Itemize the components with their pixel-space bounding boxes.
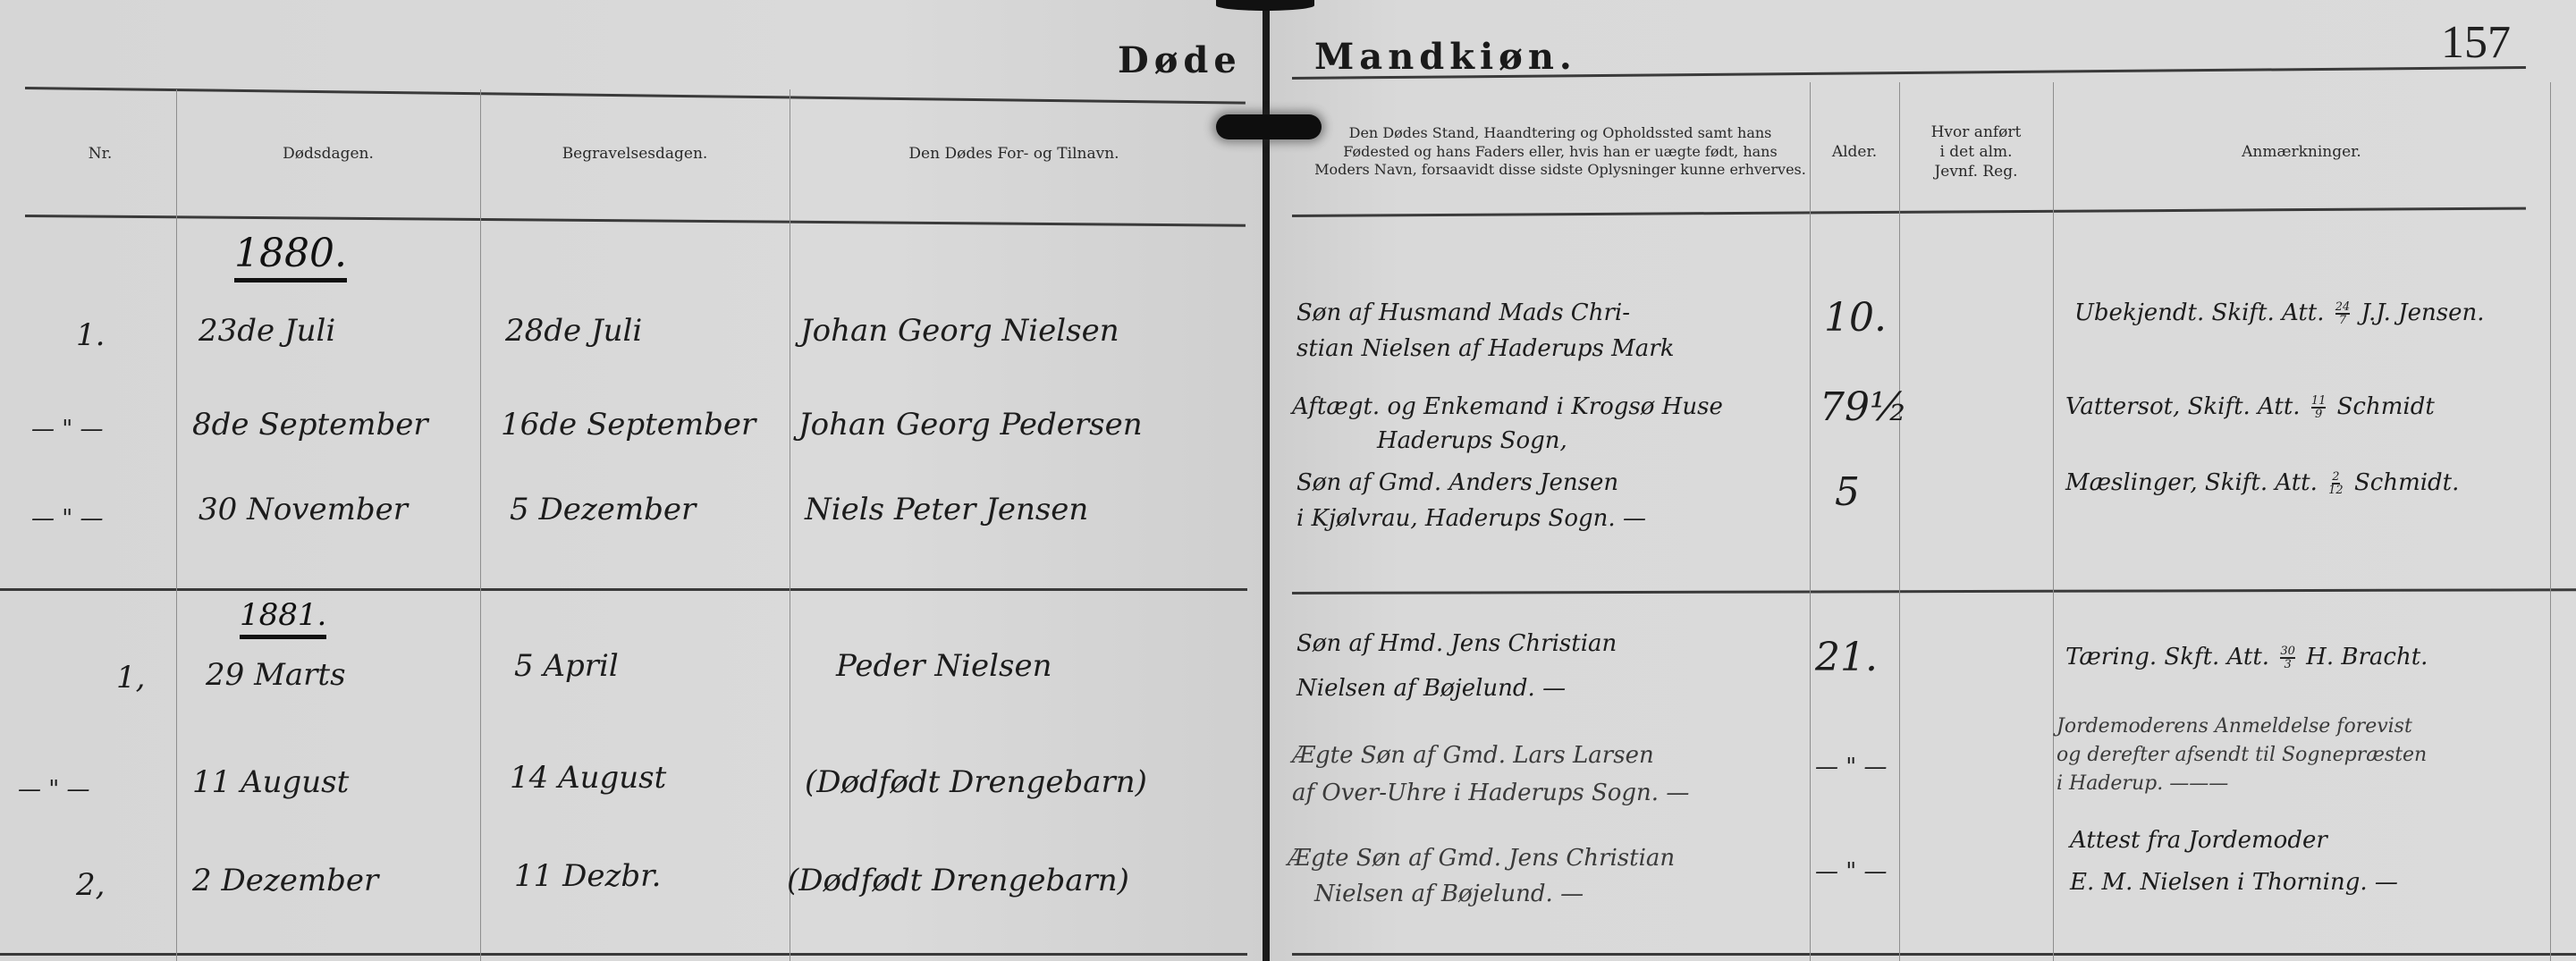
header-burial-date: Begravelsesdagen. — [481, 98, 789, 210]
remarks-signature: Schmidt. — [2354, 469, 2459, 496]
fraction-day: 24 — [2335, 301, 2351, 315]
fraction-day: 11 — [2311, 395, 2327, 409]
entry-status-line-1: Aftægt. og Enkemand i Krogsø Huse — [1292, 393, 1723, 420]
entry-nr: 1. — [76, 317, 105, 353]
entry-status-line-2: af Over-Uhre i Haderups Sogn. — — [1292, 780, 1689, 806]
entry-status-line-1: Søn af Husmand Mads Chri- — [1296, 299, 1630, 326]
remarks-signature: Schmidt — [2337, 393, 2435, 420]
entry-burial-date: 28de Juli — [505, 313, 642, 349]
fraction-day: 2 — [2332, 471, 2339, 485]
year-1880: 1880. — [234, 231, 347, 282]
entry-age: — " — — [1815, 858, 1888, 885]
remarks-date-fraction: 212 — [2328, 471, 2344, 496]
header-name: Den Dødes For- og Tilnavn. — [790, 98, 1237, 210]
entry-remarks: Mæslinger, Skift. Att. 212 Schmidt. — [2065, 469, 2459, 496]
entry-age: 21. — [1815, 635, 1878, 680]
fraction-month: 3 — [2284, 659, 2291, 670]
entry-nr: 2, — [76, 867, 105, 903]
col-divider-1 — [176, 89, 177, 961]
entry-burial-date: 11 Dezbr. — [514, 858, 661, 894]
entry-burial-date: 14 August — [510, 760, 666, 796]
col-divider-4 — [1810, 82, 1811, 961]
remarks-signature: H. Bracht. — [2306, 644, 2428, 670]
section-divider-left — [0, 588, 1247, 591]
col-divider-6 — [2053, 82, 2054, 961]
title-right: Mandkiøn. — [1314, 36, 1577, 78]
entry-age: 5 — [1835, 469, 1860, 515]
entry-burial-date: 5 April — [514, 648, 619, 684]
remarks-text: Mæslinger, Skift. Att. — [2065, 469, 2318, 496]
header-death-date: Dødsdagen. — [177, 98, 479, 210]
entry-status-line-1: Søn af Hmd. Jens Christian — [1296, 630, 1617, 657]
entry-name: (Dødfødt Drengebarn) — [805, 764, 1147, 800]
entry-remarks-line-1: Attest fra Jordemoder — [2070, 827, 2327, 854]
entry-death-date: 2 Dezember — [192, 863, 378, 898]
entry-death-date: 29 Marts — [206, 657, 346, 693]
entry-status-line-2: i Kjølvrau, Haderups Sogn. — — [1296, 505, 1646, 532]
entry-remarks: Ubekjendt. Skift. Att. 247 J.J. Jensen. — [2074, 299, 2484, 326]
entry-name: Niels Peter Jensen — [805, 492, 1088, 527]
col-divider-3 — [790, 89, 790, 961]
col-divider-2 — [480, 89, 481, 961]
entry-nr: — " — — [31, 416, 104, 443]
remarks-text: Ubekjendt. Skift. Att. — [2074, 299, 2324, 326]
fraction-month: 9 — [2315, 409, 2322, 420]
entry-death-date: 8de September — [192, 407, 428, 443]
entry-status-line-1: Søn af Gmd. Anders Jensen — [1296, 469, 1618, 496]
header-status: Den Dødes Stand, Haandtering og Opholdss… — [1314, 94, 1806, 210]
entry-remarks-line-2: og derefter afsendt til Sognepræsten — [2057, 744, 2427, 766]
entry-death-date: 11 August — [192, 764, 349, 800]
col-divider-7 — [2550, 82, 2551, 961]
entry-remarks: Tæring. Skft. Att. 303 H. Bracht. — [2065, 644, 2428, 670]
book-gutter — [1263, 0, 1270, 961]
header-nr: Nr. — [25, 98, 175, 210]
remarks-date-fraction: 303 — [2280, 645, 2295, 670]
entry-death-date: 23de Juli — [198, 313, 335, 349]
entry-name: (Dødfødt Drengebarn) — [787, 863, 1129, 898]
entry-burial-date: 16de September — [501, 407, 756, 443]
entry-remarks: Vattersot, Skift. Att. 119 Schmidt — [2065, 393, 2435, 420]
entry-name: Johan Georg Pedersen — [798, 407, 1143, 443]
remarks-text: Vattersot, Skift. Att. — [2065, 393, 2301, 420]
year-1881: 1881. — [240, 597, 326, 639]
bottom-rule-left — [0, 953, 1247, 956]
entry-status-line-1: Ægte Søn af Gmd. Jens Christian — [1288, 845, 1675, 872]
entry-nr: — " — — [31, 505, 104, 532]
title-left: Døde — [1118, 39, 1242, 81]
fraction-day: 30 — [2280, 645, 2295, 659]
binding-top — [1216, 0, 1314, 11]
entry-status-line-2: Nielsen af Bøjelund. — — [1314, 881, 1584, 907]
entry-burial-date: 5 Dezember — [510, 492, 696, 527]
entry-death-date: 30 November — [198, 492, 408, 527]
col-divider-5 — [1899, 82, 1900, 961]
fraction-month: 12 — [2328, 485, 2344, 496]
entry-remarks-line-3: i Haderup. ——— — [2057, 772, 2228, 795]
header-age: Alder. — [1811, 94, 1898, 210]
remarks-signature: J.J. Jensen. — [2361, 299, 2485, 326]
entry-name: Peder Nielsen — [836, 648, 1052, 684]
entry-status-line-2: stian Nielsen af Haderups Mark — [1296, 335, 1674, 362]
entry-name: Johan Georg Nielsen — [800, 313, 1119, 349]
page-number: 157 — [2441, 16, 2511, 69]
entry-age: 79½ — [1820, 384, 1908, 430]
entry-nr: — " — — [18, 776, 90, 803]
entry-remarks-line-2: E. M. Nielsen i Thorning. — — [2070, 869, 2398, 896]
remarks-date-fraction: 247 — [2335, 301, 2351, 326]
bottom-rule-right — [1292, 953, 2576, 956]
fraction-month: 7 — [2339, 315, 2346, 326]
entry-remarks-line-1: Jordemoderens Anmeldelse forevist — [2057, 715, 2412, 738]
remarks-date-fraction: 119 — [2311, 395, 2327, 420]
entry-age: — " — — [1815, 754, 1888, 780]
entry-nr: 1, — [116, 660, 145, 695]
header-register: Hvor anført i det alm. Jevnf. Reg. — [1900, 94, 2052, 210]
entry-age: 10. — [1824, 295, 1887, 341]
remarks-text: Tæring. Skft. Att. — [2065, 644, 2269, 670]
entry-status-line-1: Ægte Søn af Gmd. Lars Larsen — [1292, 742, 1654, 769]
entry-status-line-2: Nielsen af Bøjelund. — — [1296, 675, 1566, 702]
header-remarks: Anmærkninger. — [2054, 94, 2549, 210]
entry-status-line-2: Haderups Sogn, — [1377, 427, 1567, 454]
